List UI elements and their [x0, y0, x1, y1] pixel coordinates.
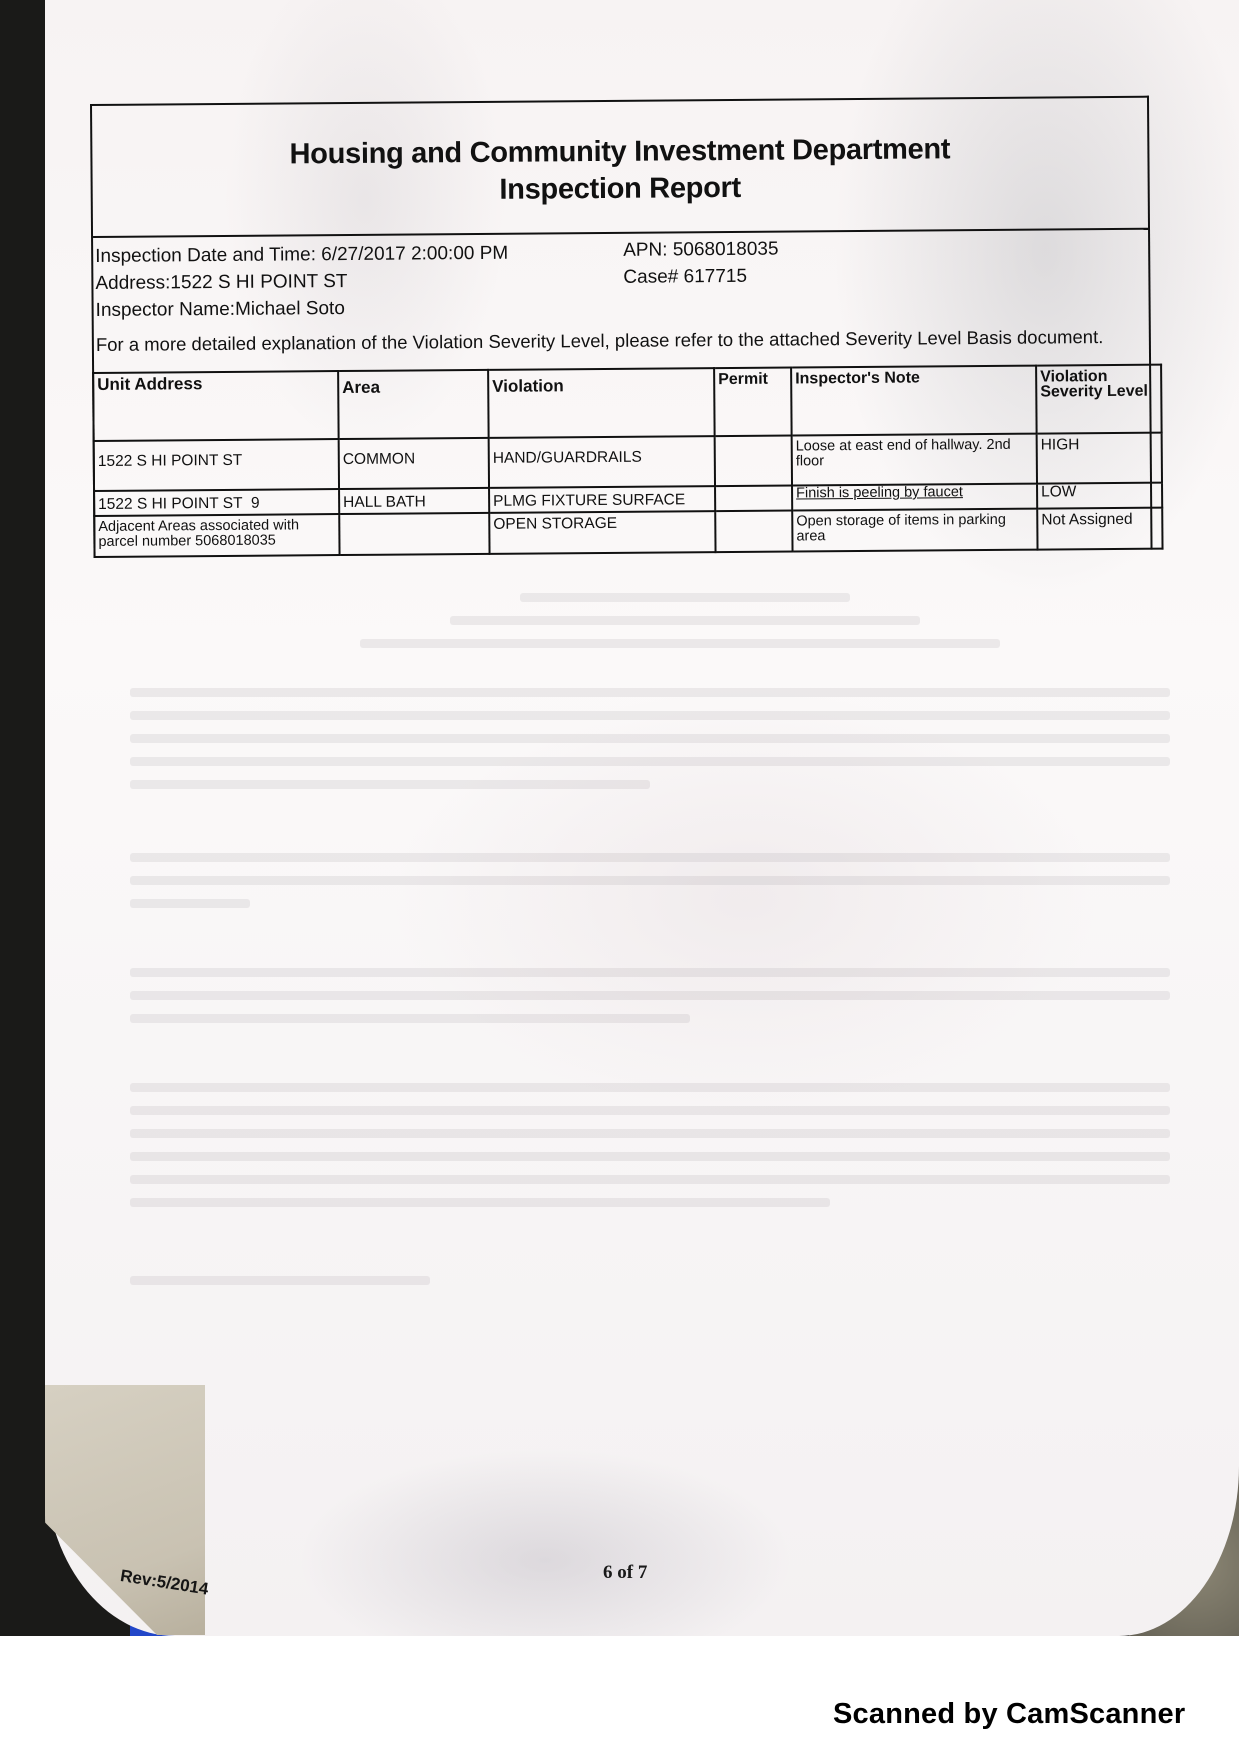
case-value: 617715	[683, 266, 747, 287]
cell-violation: HAND/GUARDRAILS	[489, 436, 715, 488]
cell-inspector-note: Finish is peeling by faucet	[792, 484, 1037, 511]
column-header-permit: Permit	[714, 368, 792, 437]
inspector-value: Michael Soto	[235, 298, 345, 320]
inspector-field: Inspector Name:Michael Soto	[96, 298, 345, 322]
cell-area: COMMON	[339, 438, 489, 489]
cell-violation: OPEN STORAGE	[489, 511, 715, 554]
cell-violation: PLMG FIXTURE SURFACE	[489, 486, 715, 513]
cell-severity: Not Assigned	[1037, 508, 1162, 550]
cell-unit-address: 1522 S HI POINT ST	[94, 439, 339, 491]
page-number: 6 of 7	[603, 1562, 647, 1584]
cell-severity: HIGH	[1037, 433, 1162, 484]
camscanner-watermark: Scanned by CamScanner	[833, 1698, 1185, 1731]
column-header-unit-address: Unit Address	[93, 371, 339, 441]
paper-folded-corner	[45, 1385, 205, 1635]
inspection-report-form: Housing and Community Investment Departm…	[90, 96, 1153, 558]
department-title: Housing and Community Investment Departm…	[92, 132, 1147, 173]
address-label: Address:	[95, 272, 170, 294]
address-value: 1522 S HI POINT ST	[170, 271, 347, 293]
report-header: Housing and Community Investment Departm…	[92, 98, 1148, 238]
report-metadata: Inspection Date and Time: 6/27/2017 2:00…	[93, 230, 1149, 330]
cell-area	[339, 513, 489, 555]
cell-inspector-note: Loose at east end of hallway. 2nd floor	[792, 434, 1037, 486]
cell-severity: LOW	[1037, 483, 1162, 509]
inspection-date-field: Inspection Date and Time: 6/27/2017 2:00…	[95, 243, 508, 268]
apn-value: 5068018035	[673, 239, 779, 261]
table-row: Adjacent Areas associated with parcel nu…	[94, 508, 1162, 557]
case-number-field: Case# 617715	[623, 266, 747, 289]
column-header-inspector-note: Inspector's Note	[791, 366, 1037, 436]
report-title: Inspection Report	[93, 169, 1148, 210]
case-label: Case#	[623, 266, 678, 287]
cell-unit-address: Adjacent Areas associated with parcel nu…	[94, 514, 339, 557]
apn-field: APN: 5068018035	[623, 239, 778, 262]
inspector-label: Inspector Name:	[96, 299, 236, 321]
cell-permit	[715, 435, 792, 486]
column-header-severity: Violation Severity Level	[1036, 365, 1162, 434]
table-row: 1522 S HI POINT ST COMMON HAND/GUARDRAIL…	[94, 433, 1162, 491]
column-header-area: Area	[338, 370, 489, 439]
scanned-page-photo: Housing and Community Investment Departm…	[0, 0, 1239, 1636]
inspection-date-value: 6/27/2017 2:00:00 PM	[321, 243, 508, 265]
cell-unit-address: 1522 S HI POINT ST 9	[94, 489, 339, 516]
inspection-date-label: Inspection Date and Time:	[95, 244, 316, 267]
cell-area: HALL BATH	[339, 488, 489, 514]
cell-permit	[715, 510, 792, 552]
column-header-violation: Violation	[488, 368, 715, 438]
apn-label: APN:	[623, 239, 668, 260]
table-header-row: Unit Address Area Violation Permit Inspe…	[93, 365, 1162, 441]
cell-inspector-note: Open storage of items in parking area	[792, 509, 1037, 552]
violations-table: Unit Address Area Violation Permit Inspe…	[92, 364, 1163, 558]
cell-permit	[715, 485, 792, 511]
address-field: Address:1522 S HI POINT ST	[95, 271, 347, 295]
